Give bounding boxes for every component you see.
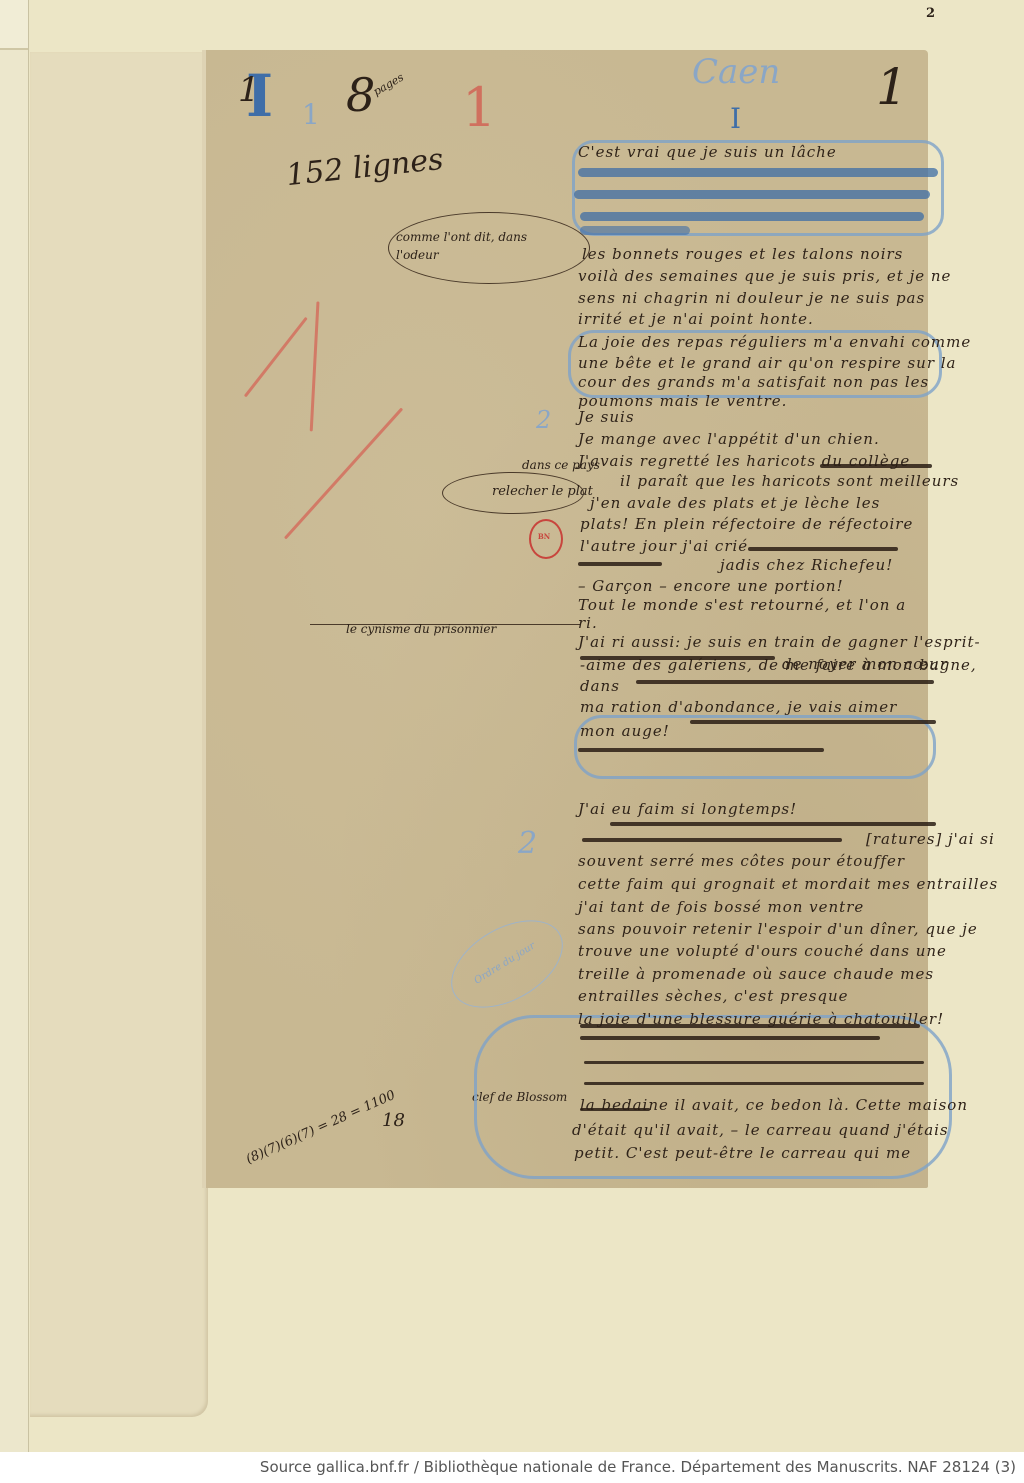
ink-strike xyxy=(580,1024,920,1028)
text-line: jadis chez Richefeu! xyxy=(720,556,893,574)
binding-guard-strip xyxy=(30,52,208,1417)
text-line: petit. C'est peut-être le carreau qui me xyxy=(574,1144,911,1162)
blue-two-lower: 2 xyxy=(518,826,537,861)
text-line: trouve une volupté d'ours couché dans un… xyxy=(578,942,947,960)
ink-strike xyxy=(820,464,932,468)
text-line: voilà des semaines que je suis pris, et … xyxy=(578,267,951,285)
text-line: une bête et le grand air qu'on respire s… xyxy=(578,354,957,372)
blue-strike xyxy=(580,212,924,221)
library-stamp-label: BN xyxy=(529,519,559,555)
ink-strike xyxy=(580,656,775,660)
text-line: treille à promenade où sauce chaude mes xyxy=(578,965,934,983)
text-line: J'ai eu faim si longtemps! xyxy=(578,800,797,818)
ink-strike xyxy=(636,680,934,684)
ink-one-overlay: 1 xyxy=(238,70,260,110)
blue-two-upper: 2 xyxy=(536,406,551,434)
manuscript-viewer: I 1 1 8 pages 1 152 lignes Caen I 1 2 co… xyxy=(0,0,1024,1452)
previous-leaf-edge xyxy=(0,0,29,1452)
blue-one: 1 xyxy=(302,98,320,131)
ink-strike xyxy=(748,547,898,551)
previous-leaf-top xyxy=(0,0,28,50)
margin-note-cynisme: le cynisme du prisonnier xyxy=(346,622,496,636)
text-line: [ratures] j'ai si xyxy=(866,830,995,848)
text-line: entrailles sèches, c'est presque xyxy=(578,987,849,1005)
text-line: d'était qu'il avait, – le carreau quand … xyxy=(572,1121,949,1139)
text-line: ri. xyxy=(578,614,598,632)
margin-note-comme: comme l'ont dit, dans l'odeur xyxy=(396,228,556,264)
text-line: J'ai ri aussi: je suis en train de gagne… xyxy=(578,633,981,651)
text-line: l'autre jour j'ai crié xyxy=(580,537,748,555)
text-line: Je mange avec l'appétit d'un chien. xyxy=(578,430,880,448)
text-line: la bedaine il avait, ce bedon là. Cette … xyxy=(580,1096,968,1114)
text-line: – Garçon – encore une portion! xyxy=(578,577,844,595)
source-attribution: Source gallica.bnf.fr / Bibliothèque nat… xyxy=(260,1458,1016,1476)
ink-strike xyxy=(610,822,936,826)
text-line: irrité et je n'ai point honte. xyxy=(578,310,814,328)
text-line: mon auge! xyxy=(580,722,670,740)
ink-strike xyxy=(584,1061,924,1064)
ink-strike xyxy=(580,1036,880,1040)
margin-note-relecher: relecher le plat xyxy=(492,484,593,499)
ink-strike xyxy=(578,748,824,752)
ink-strike xyxy=(580,1108,650,1111)
text-line: les bonnets rouges et les talons noirs xyxy=(582,245,903,263)
text-line: sans pouvoir retenir l'espoir d'un dîner… xyxy=(578,920,978,938)
page-torn-edge xyxy=(202,50,206,1188)
blue-strike xyxy=(580,226,690,235)
ink-strike xyxy=(584,1082,924,1085)
text-line: C'est vrai que je suis un lâche xyxy=(578,143,837,161)
ink-eight: 8 xyxy=(346,68,375,122)
text-line: cette faim qui grognait et mordait mes e… xyxy=(578,875,998,893)
ink-strike xyxy=(578,562,662,566)
text-line: j'ai tant de fois bossé mon ventre xyxy=(578,898,864,916)
text-line: dans xyxy=(580,677,620,695)
text-line: Je suis xyxy=(578,408,635,426)
text-line: plats! En plein réfectoire de réfectoire xyxy=(580,515,913,533)
source-footer: Source gallica.bnf.fr / Bibliothèque nat… xyxy=(0,1452,1024,1483)
folio-number: 2 xyxy=(926,6,935,21)
text-line: j'en avale des plats et je lèche les xyxy=(590,494,880,512)
text-line: souvent serré mes côtes pour étouffer xyxy=(578,852,905,870)
ink-strike xyxy=(690,720,936,724)
text-line: sens ni chagrin ni douleur je ne suis pa… xyxy=(578,289,925,307)
text-line: ma ration d'abondance, je vais aimer xyxy=(580,698,897,716)
red-one: 1 xyxy=(462,76,496,139)
text-line: de noyer mon cœur xyxy=(782,655,948,673)
blue-strike xyxy=(574,190,930,199)
place-heading: Caen xyxy=(692,52,780,92)
blue-strike xyxy=(578,168,938,177)
text-line: cour des grands m'a satisfait non pas le… xyxy=(578,373,929,391)
text-line: La joie des repas réguliers m'a envahi c… xyxy=(578,333,971,351)
text-line: il paraît que les haricots sont meilleur… xyxy=(620,472,959,490)
page-count-note: 18 xyxy=(382,1110,405,1131)
text-line: Tout le monde s'est retourné, et l'on a xyxy=(578,596,906,614)
ink-strike xyxy=(582,838,842,842)
chapter-numeral: I xyxy=(730,102,741,135)
ink-one-right: 1 xyxy=(876,58,908,116)
